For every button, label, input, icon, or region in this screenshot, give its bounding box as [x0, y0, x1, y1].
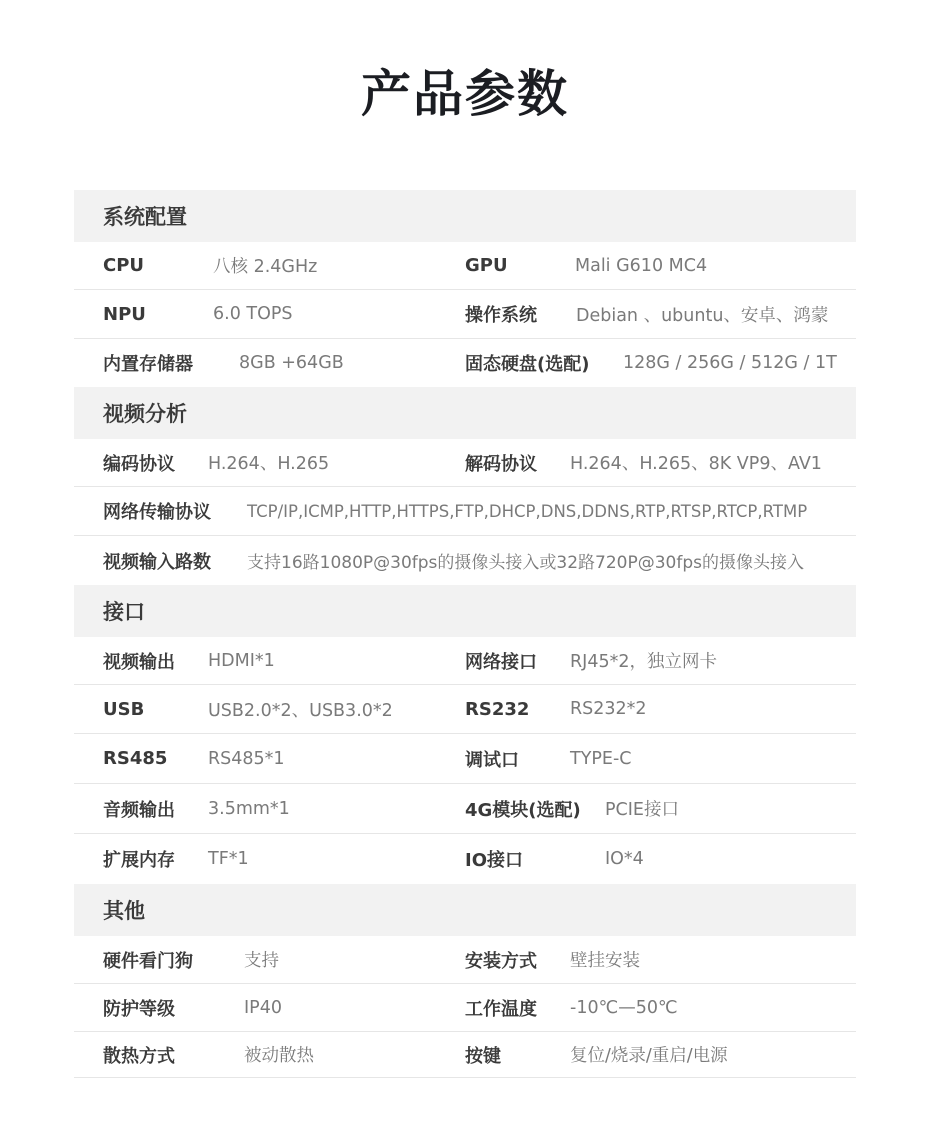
table-row: 散热方式 被动散热 按键 复位/烧录/重启/电源	[74, 1032, 856, 1078]
section-header-system: 系统配置	[74, 190, 856, 242]
spec-label: 防护等级	[103, 984, 175, 1031]
spec-label: 工作温度	[465, 984, 537, 1031]
table-row: USB USB2.0*2、USB3.0*2 RS232 RS232*2	[74, 685, 856, 734]
spec-value: 八核 2.4GHz	[213, 242, 317, 289]
spec-value: 壁挂安装	[570, 936, 640, 983]
spec-value: 支持16路1080P@30fps的摄像头接入或32路720P@30fps的摄像头…	[247, 536, 804, 585]
spec-label: 解码协议	[465, 439, 537, 486]
table-row: NPU 6.0 TOPS 操作系统 Debian 、ubuntu、安卓、鸿蒙	[74, 290, 856, 339]
spec-value: TCP/IP,ICMP,HTTP,HTTPS,FTP,DHCP,DNS,DDNS…	[247, 487, 807, 535]
table-row: 硬件看门狗 支持 安装方式 壁挂安装	[74, 936, 856, 984]
spec-label: CPU	[103, 242, 144, 289]
spec-label: IO接口	[465, 834, 523, 884]
spec-label: 安装方式	[465, 936, 537, 983]
spec-value: H.264、H.265	[208, 439, 329, 486]
spec-value: Debian 、ubuntu、安卓、鸿蒙	[576, 290, 828, 338]
table-row: CPU 八核 2.4GHz GPU Mali G610 MC4	[74, 242, 856, 290]
spec-label: 按键	[465, 1032, 501, 1077]
table-row: 音频输出 3.5mm*1 4G模块(选配) PCIE接口	[74, 784, 856, 834]
table-row: 视频输入路数 支持16路1080P@30fps的摄像头接入或32路720P@30…	[74, 536, 856, 585]
spec-label: 硬件看门狗	[103, 936, 193, 983]
table-row: RS485 RS485*1 调试口 TYPE-C	[74, 734, 856, 784]
spec-value: PCIE接口	[605, 784, 679, 833]
spec-label: 调试口	[465, 734, 519, 783]
spec-label: 扩展内存	[103, 834, 175, 884]
spec-label: USB	[103, 685, 144, 733]
spec-label: 内置存储器	[103, 339, 193, 387]
table-row: 防护等级 IP40 工作温度 -10℃—50℃	[74, 984, 856, 1032]
spec-value: RS232*2	[570, 685, 647, 733]
spec-value: IO*4	[605, 834, 644, 884]
spec-label: 音频输出	[103, 784, 175, 833]
spec-label: 固态硬盘(选配)	[465, 339, 589, 387]
table-row: 编码协议 H.264、H.265 解码协议 H.264、H.265、8K VP9…	[74, 439, 856, 487]
table-row: 视频输出 HDMI*1 网络接口 RJ45*2，独立网卡	[74, 637, 856, 685]
spec-value: H.264、H.265、8K VP9、AV1	[570, 439, 822, 486]
spec-value: RS485*1	[208, 734, 285, 783]
spec-value: RJ45*2，独立网卡	[570, 637, 717, 684]
spec-label: RS485	[103, 734, 167, 783]
spec-label: 4G模块(选配)	[465, 784, 581, 833]
spec-value: USB2.0*2、USB3.0*2	[208, 685, 393, 733]
table-row: 扩展内存 TF*1 IO接口 IO*4	[74, 834, 856, 884]
spec-label: 视频输入路数	[103, 536, 211, 585]
spec-value: TF*1	[208, 834, 249, 884]
spec-table: 系统配置 CPU 八核 2.4GHz GPU Mali G610 MC4 NPU…	[74, 190, 856, 1078]
spec-value: 128G / 256G / 512G / 1T	[623, 339, 837, 387]
section-header-interfaces: 接口	[74, 585, 856, 637]
spec-label: 网络接口	[465, 637, 537, 684]
table-row: 内置存储器 8GB +64GB 固态硬盘(选配) 128G / 256G / 5…	[74, 339, 856, 387]
spec-value: 复位/烧录/重启/电源	[570, 1032, 728, 1077]
spec-value: 6.0 TOPS	[213, 290, 293, 338]
spec-label: NPU	[103, 290, 146, 338]
spec-value: 3.5mm*1	[208, 784, 290, 833]
spec-value: 支持	[244, 936, 279, 983]
spec-value: TYPE-C	[570, 734, 632, 783]
spec-label: 操作系统	[465, 290, 537, 338]
page-title: 产品参数	[0, 62, 930, 126]
spec-label: 编码协议	[103, 439, 175, 486]
spec-label: 视频输出	[103, 637, 175, 684]
spec-value: Mali G610 MC4	[575, 242, 707, 289]
spec-label: 网络传输协议	[103, 487, 211, 535]
spec-value: HDMI*1	[208, 637, 275, 684]
table-row: 网络传输协议 TCP/IP,ICMP,HTTP,HTTPS,FTP,DHCP,D…	[74, 487, 856, 536]
spec-label: RS232	[465, 685, 529, 733]
section-header-video-analysis: 视频分析	[74, 387, 856, 439]
spec-value: IP40	[244, 984, 282, 1031]
spec-value: -10℃—50℃	[570, 984, 678, 1031]
section-header-other: 其他	[74, 884, 856, 936]
spec-label: GPU	[465, 242, 508, 289]
spec-value: 8GB +64GB	[239, 339, 344, 387]
spec-value: 被动散热	[244, 1032, 314, 1077]
spec-label: 散热方式	[103, 1032, 175, 1077]
